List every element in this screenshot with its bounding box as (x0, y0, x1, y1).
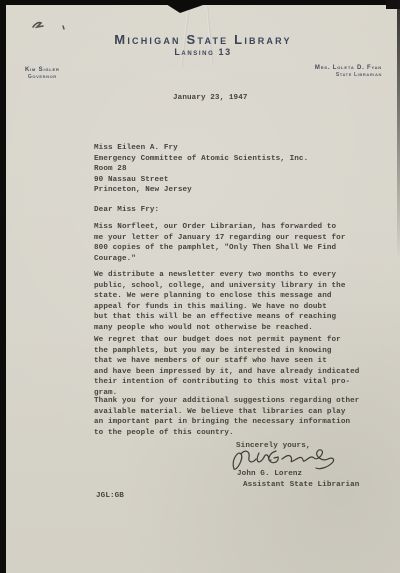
governor-role: Governor (25, 74, 60, 80)
letterhead-librarian-block: Mrs. Loleta D. Fyan State Librarian (315, 65, 382, 78)
letterhead-subtitle: Lansing 13 (6, 47, 400, 57)
letterhead-governor-block: Kim Sigler Governor (25, 67, 60, 80)
typed-signer-title: Assistant State Librarian (243, 480, 359, 491)
body-paragraph-3: We regret that our budget does not permi… (94, 335, 359, 399)
state-librarian-role: State Librarian (315, 72, 382, 78)
scanned-letter: Michigan State Library Lansing 13 Kim Si… (0, 0, 400, 573)
salutation: Dear Miss Fry: (94, 205, 159, 216)
recipient-address: Miss Eileen A. Fry Emergency Committee o… (94, 143, 308, 196)
typist-reference: JGL:GB (96, 491, 124, 502)
typed-signer-name: John G. Lorenz (237, 469, 302, 480)
state-librarian-name: Mrs. Loleta D. Fyan (315, 65, 382, 71)
letter-date: January 23, 1947 (173, 93, 248, 104)
body-paragraph-1: Miss Norfleet, our Order Librarian, has … (94, 222, 345, 264)
body-paragraph-2: We distribute a newsletter every two mon… (94, 270, 345, 334)
letter-paper: Michigan State Library Lansing 13 Kim Si… (6, 5, 400, 573)
governor-name: Kim Sigler (25, 67, 60, 73)
scan-edge-notch (166, 4, 206, 13)
body-paragraph-4: Thank you for your additional suggestion… (94, 396, 359, 438)
scan-edge-left (0, 0, 6, 573)
letterhead-title: Michigan State Library (6, 32, 400, 47)
